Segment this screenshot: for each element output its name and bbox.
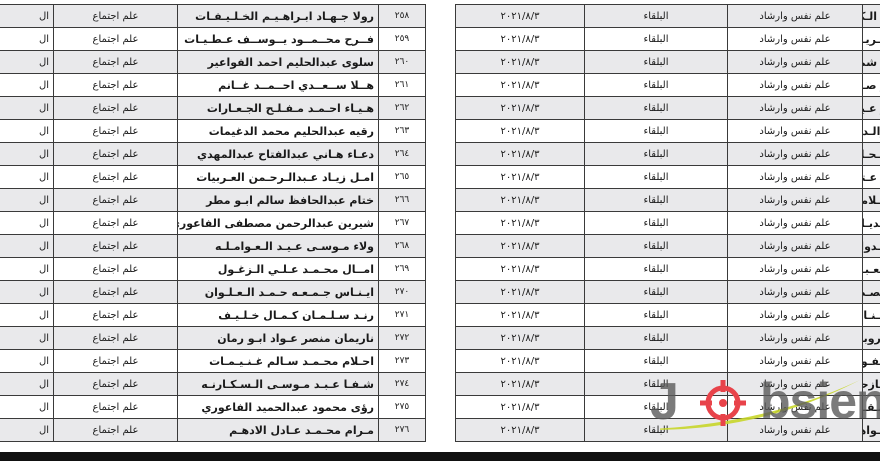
partial-cell: ال: [0, 396, 54, 419]
student-name: ـو صـلاح: [863, 74, 880, 97]
table-row: ٢٦٩امــال محـمـد عـلـي الـزغـولعلم اجتما…: [0, 258, 426, 281]
major: علم نفس وارشاد: [728, 5, 863, 28]
row-number: ٢٦١: [379, 74, 426, 97]
major: علم نفس وارشاد: [728, 166, 863, 189]
student-name: شـحـاده: [863, 143, 880, 166]
major: علم نفس وارشاد: [728, 212, 863, 235]
student-name: فــرح محــمــود يــوســف عـطـيـات: [178, 28, 379, 51]
major: علم اجتماع: [54, 327, 178, 350]
major: علم اجتماع: [54, 281, 178, 304]
table-row: ٢٧١رنـد سـلـمـان كـمـال خـلـيـفعلم اجتما…: [0, 304, 426, 327]
date: ٢٠٢١/٨/٣: [456, 212, 585, 235]
major: علم نفس وارشاد: [728, 304, 863, 327]
student-name: هـيـاء احـمـد مـفـلـح الجـعـارات: [178, 97, 379, 120]
table-row: ـد عـتـومعلم نفس وارشادالبلقاء٢٠٢١/٨/٣: [456, 166, 880, 189]
student-name: مـرام محـمـد عـادل الادهـم: [178, 419, 379, 442]
student-name: لـبـقـور: [863, 396, 880, 419]
student-name: احـلام محـمـد سـالم غـنـيـمـات: [178, 350, 379, 373]
table-row: ٢٦٧شيرين عبدالرحمن مصطفى الفاعوريعلم اجت…: [0, 212, 426, 235]
date: ٢٠٢١/٨/٣: [456, 258, 585, 281]
university: البلقاء: [585, 350, 728, 373]
partial-cell: ال: [0, 120, 54, 143]
table-row: ٢٦١هــلا ســعــدي احــمــد غــانمعلم اجت…: [0, 74, 426, 97]
table-row: لمـنـاصـيـرعلم نفس وارشادالبلقاء٢٠٢١/٨/٣: [456, 304, 880, 327]
student-name: ـيـازحـيـن: [863, 373, 880, 396]
major: علم اجتماع: [54, 5, 178, 28]
partial-cell: ال: [0, 5, 54, 28]
partial-cell: ال: [0, 281, 54, 304]
university: البلقاء: [585, 235, 728, 258]
student-name: ـعـدوان: [863, 235, 880, 258]
table-row: شـحـادهعلم نفس وارشادالبلقاء٢٠٢١/٨/٣: [456, 143, 880, 166]
major: علم اجتماع: [54, 419, 178, 442]
major: علم نفس وارشاد: [728, 373, 863, 396]
major: علم نفس وارشاد: [728, 235, 863, 258]
table-row: لـبـقـورعلم نفس وارشادالبلقاء٢٠٢١/٨/٣: [456, 396, 880, 419]
major: علم نفس وارشاد: [728, 51, 863, 74]
major: علم اجتماع: [54, 97, 178, 120]
table-row: ٢٧٥رؤى محمود عبدالحميد الفاعوريعلم اجتما…: [0, 396, 426, 419]
student-name: سـلامـات: [863, 189, 880, 212]
major: علم نفس وارشاد: [728, 143, 863, 166]
table-row: الـفـواعـيـرعلم نفس وارشادالبلقاء٢٠٢١/٨/…: [456, 350, 880, 373]
row-number: ٢٦٣: [379, 120, 426, 143]
student-name: رقيه عبدالحليم محمد الدغيمات: [178, 120, 379, 143]
table-row: ٢٦٨ولاء مـوسـى عـيـد الـعـوامـلـهعلم اجت…: [0, 235, 426, 258]
table-row: ٢٥٩فــرح محــمــود يــوســف عـطـيـاتعلم …: [0, 28, 426, 51]
table-row: ٢٧٦مـرام محـمـد عـادل الادهـمعلم اجتماعا…: [0, 419, 426, 442]
table-row: الـديـاتعلم نفس وارشادالبلقاء٢٠٢١/٨/٣: [456, 212, 880, 235]
table-row: ٢٧٣احـلام محـمـد سـالم غـنـيـمـاتعلم اجت…: [0, 350, 426, 373]
university: البلقاء: [585, 212, 728, 235]
university: البلقاء: [585, 258, 728, 281]
student-name: ختام عبدالحافظ سالم ابـو مطر: [178, 189, 379, 212]
partial-cell: ال: [0, 51, 54, 74]
partial-cell: ال: [0, 189, 54, 212]
student-name: رؤى محمود عبدالحميد الفاعوري: [178, 396, 379, 419]
major: علم نفس وارشاد: [728, 419, 863, 442]
student-name: سلوى عبدالحليم احمد الفواعير: [178, 51, 379, 74]
date: ٢٠٢١/٨/٣: [456, 419, 585, 442]
major: علم اجتماع: [54, 51, 178, 74]
university: البلقاء: [585, 281, 728, 304]
table-row: ٢٦٣رقيه عبدالحليم محمد الدغيماتعلم اجتما…: [0, 120, 426, 143]
university: البلقاء: [585, 373, 728, 396]
university: البلقاء: [585, 5, 728, 28]
date: ٢٠٢١/٨/٣: [456, 5, 585, 28]
row-number: ٢٧١: [379, 304, 426, 327]
date: ٢٠٢١/٨/٣: [456, 189, 585, 212]
student-name: هــلا ســعــدي احــمــد غــانم: [178, 74, 379, 97]
date: ٢٠٢١/٨/٣: [456, 304, 585, 327]
table-row: ٢٦٢هـيـاء احـمـد مـفـلـح الجـعـاراتعلم ا…: [0, 97, 426, 120]
date: ٢٠٢١/٨/٣: [456, 74, 585, 97]
partial-cell: ال: [0, 235, 54, 258]
table-row: ٢٦٥امـل زيـاد عـبدالـرحـمن العـربياتعلم …: [0, 166, 426, 189]
student-name: ايـنـاس جـمـعـه حـمـد الـعـلـوان: [178, 281, 379, 304]
table-row: شـريـفعلم نفس وارشادالبلقاء٢٠٢١/٨/٣: [456, 28, 880, 51]
row-number: ٢٦٨: [379, 235, 426, 258]
university: البلقاء: [585, 327, 728, 350]
student-name: شيرين عبدالرحمن مصطفى الفاعوري: [178, 212, 379, 235]
date: ٢٠٢١/٨/٣: [456, 97, 585, 120]
partial-cell: ال: [0, 258, 54, 281]
student-name: ـوالـده: [863, 120, 880, 143]
university: البلقاء: [585, 97, 728, 120]
partial-cell: ال: [0, 28, 54, 51]
date: ٢٠٢١/٨/٣: [456, 327, 585, 350]
student-name: دعـاء هـاني عبدالفتاح عبدالمهدي: [178, 143, 379, 166]
student-name: طـواهـيـه: [863, 419, 880, 442]
table-row: ٢٧٠ايـنـاس جـمـعـه حـمـد الـعـلـوانعلم ا…: [0, 281, 426, 304]
row-number: ٢٦٦: [379, 189, 426, 212]
row-number: ٢٦٧: [379, 212, 426, 235]
major: علم اجتماع: [54, 166, 178, 189]
row-number: ٢٧٢: [379, 327, 426, 350]
major: علم نفس وارشاد: [728, 350, 863, 373]
major: علم نفس وارشاد: [728, 327, 863, 350]
student-name: رنـد سـلـمـان كـمـال خـلـيـف: [178, 304, 379, 327]
university: البلقاء: [585, 304, 728, 327]
table-row: ٢٦٤دعـاء هـاني عبدالفتاح عبدالمهديعلم اج…: [0, 143, 426, 166]
major: علم اجتماع: [54, 189, 178, 212]
table-row: ـيـازحـيـنعلم نفس وارشادالبلقاء٢٠٢١/٨/٣: [456, 373, 880, 396]
student-name: ولاء مـوسـى عـيـد الـعـوامـلـه: [178, 235, 379, 258]
partial-cell: ال: [0, 212, 54, 235]
date: ٢٠٢١/٨/٣: [456, 350, 585, 373]
partial-cell: ال: [0, 419, 54, 442]
major: علم اجتماع: [54, 350, 178, 373]
page-bottom-border: [0, 452, 880, 461]
date: ٢٠٢١/٨/٣: [456, 281, 585, 304]
date: ٢٠٢١/٨/٣: [456, 120, 585, 143]
major: علم نفس وارشاد: [728, 28, 863, 51]
row-number: ٢٦٥: [379, 166, 426, 189]
university: البلقاء: [585, 74, 728, 97]
date: ٢٠٢١/٨/٣: [456, 235, 585, 258]
major: علم نفس وارشاد: [728, 189, 863, 212]
major: علم اجتماع: [54, 396, 178, 419]
table-row: ـو عـيـدعلم نفس وارشادالبلقاء٢٠٢١/٨/٣: [456, 97, 880, 120]
university: البلقاء: [585, 396, 728, 419]
major: علم نفس وارشاد: [728, 258, 863, 281]
major: علم اجتماع: [54, 235, 178, 258]
student-name: ي الـكـردي: [863, 5, 880, 28]
university: البلقاء: [585, 166, 728, 189]
partial-cell: ال: [0, 143, 54, 166]
row-number: ٢٧٦: [379, 419, 426, 442]
student-name: ـد عـتـوم: [863, 166, 880, 189]
date: ٢٠٢١/٨/٣: [456, 143, 585, 166]
row-number: ٢٦٢: [379, 97, 426, 120]
student-name: الـعـبـادي: [863, 258, 880, 281]
major: علم اجتماع: [54, 28, 178, 51]
student-name: شـفـا عـبـد مـوسـى الـسـكـارنـه: [178, 373, 379, 396]
student-name: امــال محـمـد عـلـي الـزغـول: [178, 258, 379, 281]
university: البلقاء: [585, 419, 728, 442]
student-name: مـصـطـفـى: [863, 281, 880, 304]
table-row: ـعـدوانعلم نفس وارشادالبلقاء٢٠٢١/٨/٣: [456, 235, 880, 258]
date: ٢٠٢١/٨/٣: [456, 166, 585, 189]
row-number: ٢٧٤: [379, 373, 426, 396]
major: علم اجتماع: [54, 143, 178, 166]
left-results-table: ٢٥٨رولا جـهـاد ابـراهـيـم الخـلـيـفـاتعل…: [0, 4, 426, 442]
student-name: ي شمـوط: [863, 51, 880, 74]
student-name: الـفـواعـيـر: [863, 350, 880, 373]
partial-cell: ال: [0, 373, 54, 396]
university: البلقاء: [585, 120, 728, 143]
table-row: سـلامـاتعلم نفس وارشادالبلقاء٢٠٢١/٨/٣: [456, 189, 880, 212]
major: علم نفس وارشاد: [728, 396, 863, 419]
major: علم نفس وارشاد: [728, 120, 863, 143]
major: علم اجتماع: [54, 212, 178, 235]
date: ٢٠٢١/٨/٣: [456, 51, 585, 74]
table-row: ٢٦٦ختام عبدالحافظ سالم ابـو مطرعلم اجتما…: [0, 189, 426, 212]
table-row: طـواهـيـهعلم نفس وارشادالبلقاء٢٠٢١/٨/٣: [456, 419, 880, 442]
row-number: ٢٧٠: [379, 281, 426, 304]
major: علم اجتماع: [54, 74, 178, 97]
major: علم نفس وارشاد: [728, 74, 863, 97]
table-row: ـو صـلاحعلم نفس وارشادالبلقاء٢٠٢١/٨/٣: [456, 74, 880, 97]
table-row: ٢٦٠سلوى عبدالحليم احمد الفواعيرعلم اجتما…: [0, 51, 426, 74]
table-row: ـوالـدهعلم نفس وارشادالبلقاء٢٠٢١/٨/٣: [456, 120, 880, 143]
row-number: ٢٧٥: [379, 396, 426, 419]
student-name: شـريـف: [863, 28, 880, 51]
student-name: ـو عـيـد: [863, 97, 880, 120]
university: البلقاء: [585, 189, 728, 212]
major: علم اجتماع: [54, 373, 178, 396]
right-results-table: ي الـكـرديعلم نفس وارشادالبلقاء٢٠٢١/٨/٣ش…: [455, 4, 880, 442]
table-row: مـصـطـفـىعلم نفس وارشادالبلقاء٢٠٢١/٨/٣: [456, 281, 880, 304]
student-name: لمـنـاصـيـر: [863, 304, 880, 327]
table-row: ي شمـوطعلم نفس وارشادالبلقاء٢٠٢١/٨/٣: [456, 51, 880, 74]
table-row: ـدروبـيعلم نفس وارشادالبلقاء٢٠٢١/٨/٣: [456, 327, 880, 350]
major: علم اجتماع: [54, 120, 178, 143]
partial-cell: ال: [0, 97, 54, 120]
table-row: ٢٧٤شـفـا عـبـد مـوسـى الـسـكـارنـهعلم اج…: [0, 373, 426, 396]
major: علم اجتماع: [54, 258, 178, 281]
student-name: امـل زيـاد عـبدالـرحـمن العـربيات: [178, 166, 379, 189]
major: علم نفس وارشاد: [728, 281, 863, 304]
partial-cell: ال: [0, 350, 54, 373]
university: البلقاء: [585, 28, 728, 51]
table-row: ٢٧٢ناريمان منصر عـواد ابـو رمانعلم اجتما…: [0, 327, 426, 350]
row-number: ٢٦٠: [379, 51, 426, 74]
row-number: ٢٧٣: [379, 350, 426, 373]
row-number: ٢٥٨: [379, 5, 426, 28]
row-number: ٢٦٩: [379, 258, 426, 281]
date: ٢٠٢١/٨/٣: [456, 373, 585, 396]
row-number: ٢٦٤: [379, 143, 426, 166]
partial-cell: ال: [0, 327, 54, 350]
row-number: ٢٥٩: [379, 28, 426, 51]
partial-cell: ال: [0, 74, 54, 97]
table-row: ي الـكـرديعلم نفس وارشادالبلقاء٢٠٢١/٨/٣: [456, 5, 880, 28]
major: علم اجتماع: [54, 304, 178, 327]
student-name: رولا جـهـاد ابـراهـيـم الخـلـيـفـات: [178, 5, 379, 28]
partial-cell: ال: [0, 166, 54, 189]
student-name: ناريمان منصر عـواد ابـو رمان: [178, 327, 379, 350]
table-row: ٢٥٨رولا جـهـاد ابـراهـيـم الخـلـيـفـاتعل…: [0, 5, 426, 28]
table-row: الـعـبـاديعلم نفس وارشادالبلقاء٢٠٢١/٨/٣: [456, 258, 880, 281]
student-name: الـديـات: [863, 212, 880, 235]
date: ٢٠٢١/٨/٣: [456, 396, 585, 419]
major: علم نفس وارشاد: [728, 97, 863, 120]
date: ٢٠٢١/٨/٣: [456, 28, 585, 51]
university: البلقاء: [585, 51, 728, 74]
university: البلقاء: [585, 143, 728, 166]
partial-cell: ال: [0, 304, 54, 327]
student-name: ـدروبـي: [863, 327, 880, 350]
